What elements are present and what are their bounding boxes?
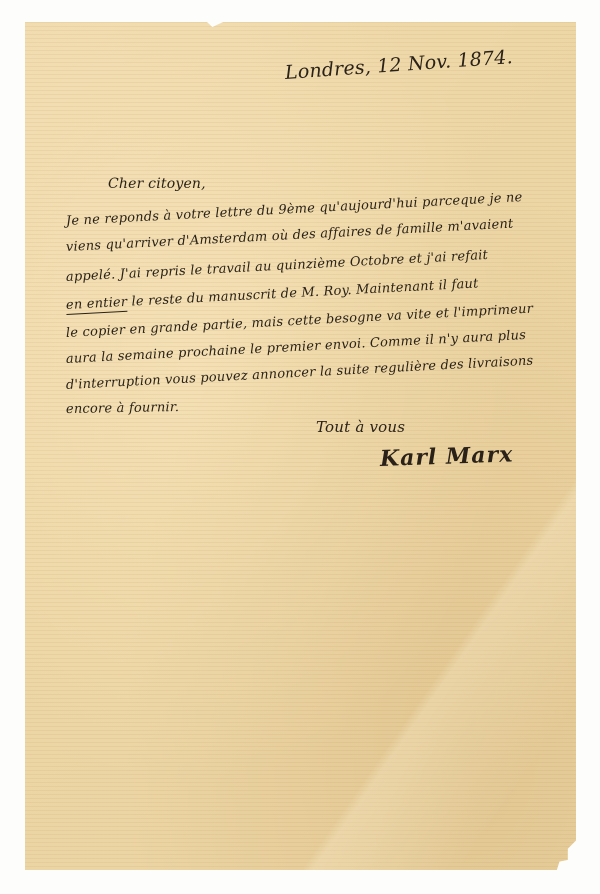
letter-signature: Karl Marx xyxy=(380,441,514,472)
letter-body-line: encore à fournir. xyxy=(66,400,179,417)
underlined-phrase: en entier xyxy=(66,295,128,315)
letter-salutation: Cher citoyen, xyxy=(108,176,206,192)
document-scan: Londres, 12 Nov. 1874. Cher citoyen, Je … xyxy=(0,0,600,894)
letter-closing: Tout à vous xyxy=(316,418,405,436)
